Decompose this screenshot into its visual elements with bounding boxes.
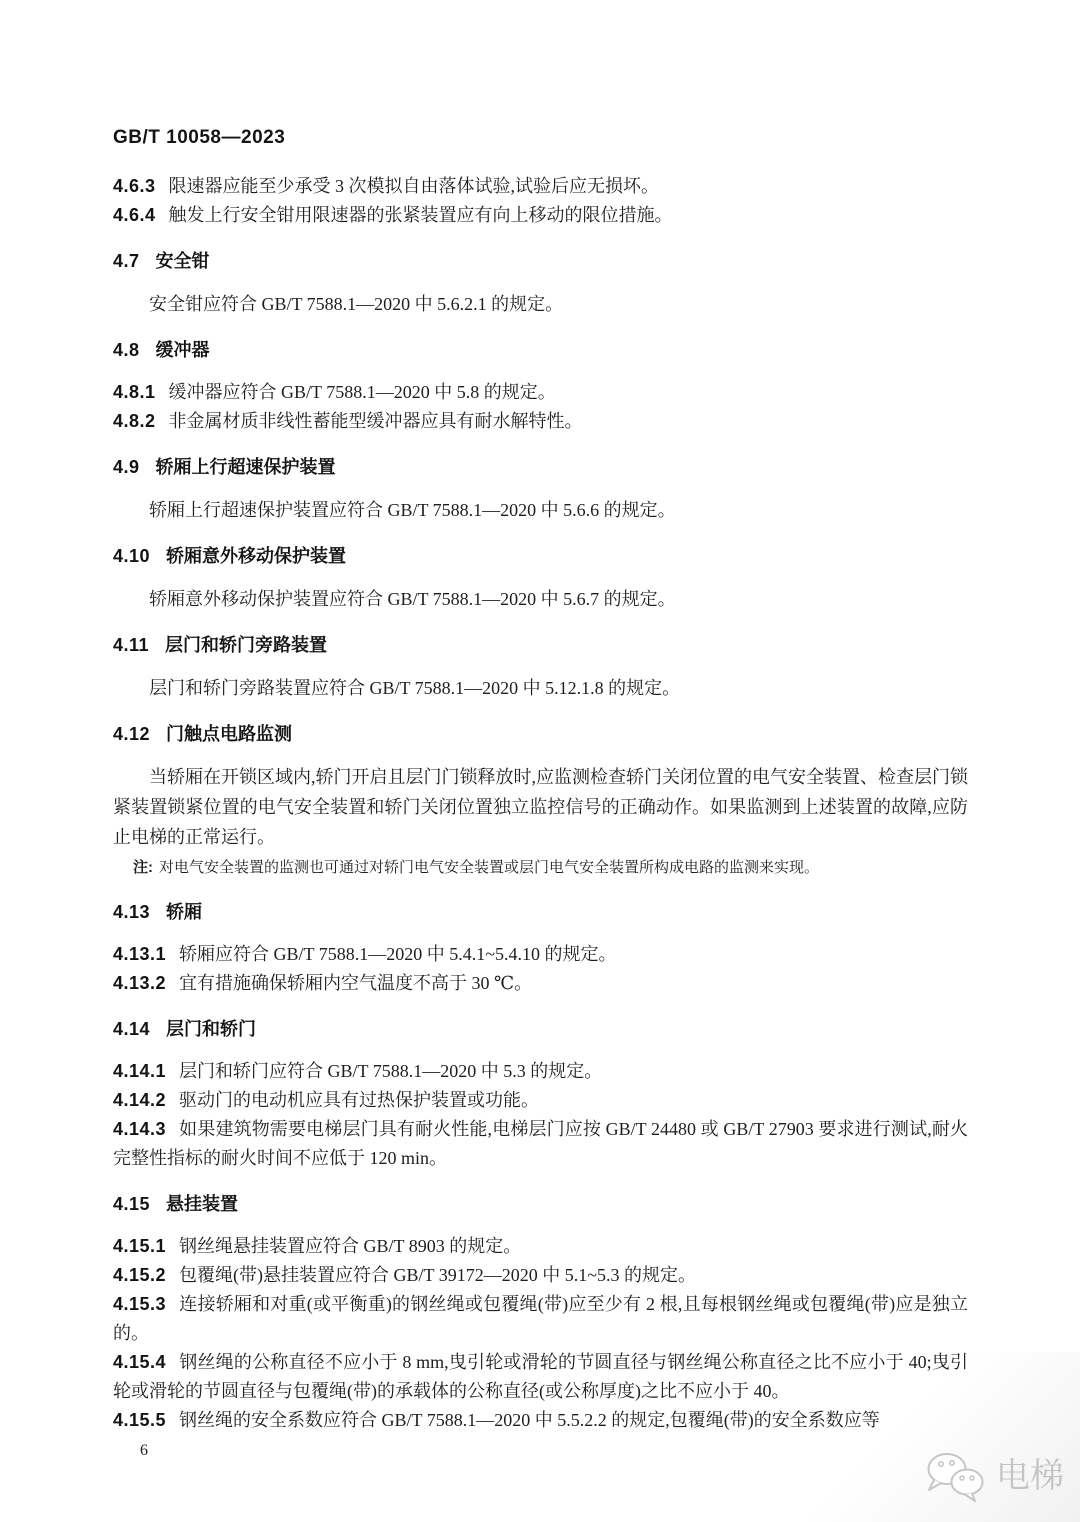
section-heading-4.12: 4.12门触点电路监测 — [113, 720, 968, 749]
clause-number: 4.8.1 — [113, 382, 156, 402]
note: 注:对电气安全装置的监测也可通过对轿门电气安全装置或层门电气安全装置所构成电路的… — [113, 855, 968, 881]
clause-text: 钢丝绳的公称直径不应小于 8 mm,曳引轮或滑轮的节圆直径与钢丝绳公称直径之比不… — [113, 1352, 968, 1401]
clause-number: 4.15.1 — [113, 1236, 166, 1256]
note-label: 注: — [133, 859, 153, 876]
section-number: 4.8 — [113, 340, 140, 360]
clause-text: 宜有措施确保轿厢内空气温度不高于 30 ℃。 — [179, 973, 532, 993]
clause-4.15.4: 4.15.4钢丝绳的公称直径不应小于 8 mm,曳引轮或滑轮的节圆直径与钢丝绳公… — [113, 1348, 968, 1406]
section-heading-4.15: 4.15悬挂装置 — [113, 1190, 968, 1219]
section-heading-4.8: 4.8缓冲器 — [113, 336, 968, 365]
clause-4.6.4: 4.6.4触发上行安全钳用限速器的张紧装置应有向上移动的限位措施。 — [113, 201, 968, 230]
clause-4.13.2: 4.13.2宜有措施确保轿厢内空气温度不高于 30 ℃。 — [113, 969, 968, 998]
page-inner: GB/T 10058—2023 4.6.3限速器应能至少承受 3 次模拟自由落体… — [0, 0, 1080, 1463]
clause-number: 4.15.2 — [113, 1265, 166, 1285]
clause-text: 非金属材质非线性蓄能型缓冲器应具有耐水解特性。 — [169, 411, 583, 431]
paragraph: 层门和轿门旁路装置应符合 GB/T 7588.1—2020 中 5.12.1.8… — [113, 673, 968, 703]
clause-4.14.3: 4.14.3如果建筑物需要电梯层门具有耐火性能,电梯层门应按 GB/T 2448… — [113, 1115, 968, 1173]
section-title: 层门和轿门 — [166, 1019, 256, 1039]
clause-text: 层门和轿门应符合 GB/T 7588.1—2020 中 5.3 的规定。 — [179, 1061, 602, 1081]
clause-number: 4.14.3 — [113, 1119, 166, 1139]
clause-4.13.1: 4.13.1轿厢应符合 GB/T 7588.1—2020 中 5.4.1~5.4… — [113, 940, 968, 969]
section-title: 轿厢 — [166, 902, 202, 922]
clause-number: 4.14.2 — [113, 1090, 166, 1110]
clause-text: 钢丝绳悬挂装置应符合 GB/T 8903 的规定。 — [179, 1236, 521, 1256]
clause-4.8.1: 4.8.1缓冲器应符合 GB/T 7588.1—2020 中 5.8 的规定。 — [113, 378, 968, 407]
clause-text: 缓冲器应符合 GB/T 7588.1—2020 中 5.8 的规定。 — [169, 382, 556, 402]
section-title: 安全钳 — [156, 251, 210, 271]
section-number: 4.12 — [113, 724, 150, 744]
clause-text: 轿厢应符合 GB/T 7588.1—2020 中 5.4.1~5.4.10 的规… — [179, 944, 616, 964]
section-number: 4.9 — [113, 457, 140, 477]
document-content: 4.6.3限速器应能至少承受 3 次模拟自由落体试验,试验后应无损坏。4.6.4… — [113, 172, 968, 1435]
section-number: 4.13 — [113, 902, 150, 922]
clause-4.14.2: 4.14.2驱动门的电动机应具有过热保护装置或功能。 — [113, 1086, 968, 1115]
section-heading-4.14: 4.14层门和轿门 — [113, 1015, 968, 1044]
standard-code: GB/T 10058—2023 — [113, 126, 968, 150]
clause-text: 连接轿厢和对重(或平衡重)的钢丝绳或包覆绳(带)应至少有 2 根,且每根钢丝绳或… — [113, 1294, 968, 1343]
paragraph: 轿厢上行超速保护装置应符合 GB/T 7588.1—2020 中 5.6.6 的… — [113, 495, 968, 525]
section-number: 4.11 — [113, 635, 149, 655]
section-title: 轿厢上行超速保护装置 — [156, 457, 336, 477]
clause-text: 触发上行安全钳用限速器的张紧装置应有向上移动的限位措施。 — [169, 205, 673, 225]
clause-4.14.1: 4.14.1层门和轿门应符合 GB/T 7588.1—2020 中 5.3 的规… — [113, 1057, 968, 1086]
clause-number: 4.13.1 — [113, 944, 166, 964]
watermark-text: 电梯 — [996, 1459, 1064, 1493]
clause-text: 驱动门的电动机应具有过热保护装置或功能。 — [179, 1090, 539, 1110]
clause-4.15.3: 4.15.3连接轿厢和对重(或平衡重)的钢丝绳或包覆绳(带)应至少有 2 根,且… — [113, 1290, 968, 1348]
clause-text: 包覆绳(带)悬挂装置应符合 GB/T 39172—2020 中 5.1~5.3 … — [179, 1265, 696, 1285]
paragraph: 轿厢意外移动保护装置应符合 GB/T 7588.1—2020 中 5.6.7 的… — [113, 584, 968, 614]
clause-number: 4.15.3 — [113, 1294, 166, 1314]
paragraph: 当轿厢在开锁区域内,轿门开启且层门门锁释放时,应监测检查轿门关闭位置的电气安全装… — [113, 762, 968, 852]
clause-text: 如果建筑物需要电梯层门具有耐火性能,电梯层门应按 GB/T 24480 或 GB… — [113, 1119, 968, 1168]
clause-4.8.2: 4.8.2非金属材质非线性蓄能型缓冲器应具有耐水解特性。 — [113, 407, 968, 436]
clause-text: 钢丝绳的安全系数应符合 GB/T 7588.1—2020 中 5.5.2.2 的… — [179, 1410, 880, 1430]
clause-number: 4.13.2 — [113, 973, 166, 993]
clause-number: 4.6.3 — [113, 176, 156, 196]
section-number: 4.10 — [113, 546, 150, 566]
section-title: 门触点电路监测 — [166, 724, 292, 744]
section-title: 层门和轿门旁路装置 — [165, 635, 327, 655]
clause-number: 4.15.4 — [113, 1352, 166, 1372]
paragraph: 安全钳应符合 GB/T 7588.1—2020 中 5.6.2.1 的规定。 — [113, 289, 968, 319]
clause-number: 4.14.1 — [113, 1061, 166, 1081]
section-number: 4.15 — [113, 1194, 150, 1214]
clause-4.6.3: 4.6.3限速器应能至少承受 3 次模拟自由落体试验,试验后应无损坏。 — [113, 172, 968, 201]
section-heading-4.11: 4.11层门和轿门旁路装置 — [113, 631, 968, 660]
section-heading-4.7: 4.7安全钳 — [113, 247, 968, 276]
section-number: 4.14 — [113, 1019, 150, 1039]
note-text: 对电气安全装置的监测也可通过对轿门电气安全装置或层门电气安全装置所构成电路的监测… — [159, 860, 819, 876]
watermark: 电梯 — [924, 1450, 1064, 1502]
section-heading-4.9: 4.9轿厢上行超速保护装置 — [113, 453, 968, 482]
clause-4.15.5: 4.15.5钢丝绳的安全系数应符合 GB/T 7588.1—2020 中 5.5… — [113, 1406, 968, 1435]
clause-4.15.1: 4.15.1钢丝绳悬挂装置应符合 GB/T 8903 的规定。 — [113, 1232, 968, 1261]
clause-number: 4.8.2 — [113, 411, 156, 431]
clause-4.15.2: 4.15.2包覆绳(带)悬挂装置应符合 GB/T 39172—2020 中 5.… — [113, 1261, 968, 1290]
wechat-icon — [924, 1450, 988, 1502]
section-heading-4.13: 4.13轿厢 — [113, 898, 968, 927]
section-title: 缓冲器 — [156, 340, 210, 360]
section-heading-4.10: 4.10轿厢意外移动保护装置 — [113, 542, 968, 571]
clause-text: 限速器应能至少承受 3 次模拟自由落体试验,试验后应无损坏。 — [169, 176, 660, 196]
document-page: GB/T 10058—2023 4.6.3限速器应能至少承受 3 次模拟自由落体… — [0, 0, 1080, 1522]
section-title: 悬挂装置 — [166, 1194, 238, 1214]
clause-number: 4.15.5 — [113, 1410, 166, 1430]
section-number: 4.7 — [113, 251, 140, 271]
page-number: 6 — [113, 1439, 968, 1463]
clause-number: 4.6.4 — [113, 205, 156, 225]
section-title: 轿厢意外移动保护装置 — [166, 546, 346, 566]
